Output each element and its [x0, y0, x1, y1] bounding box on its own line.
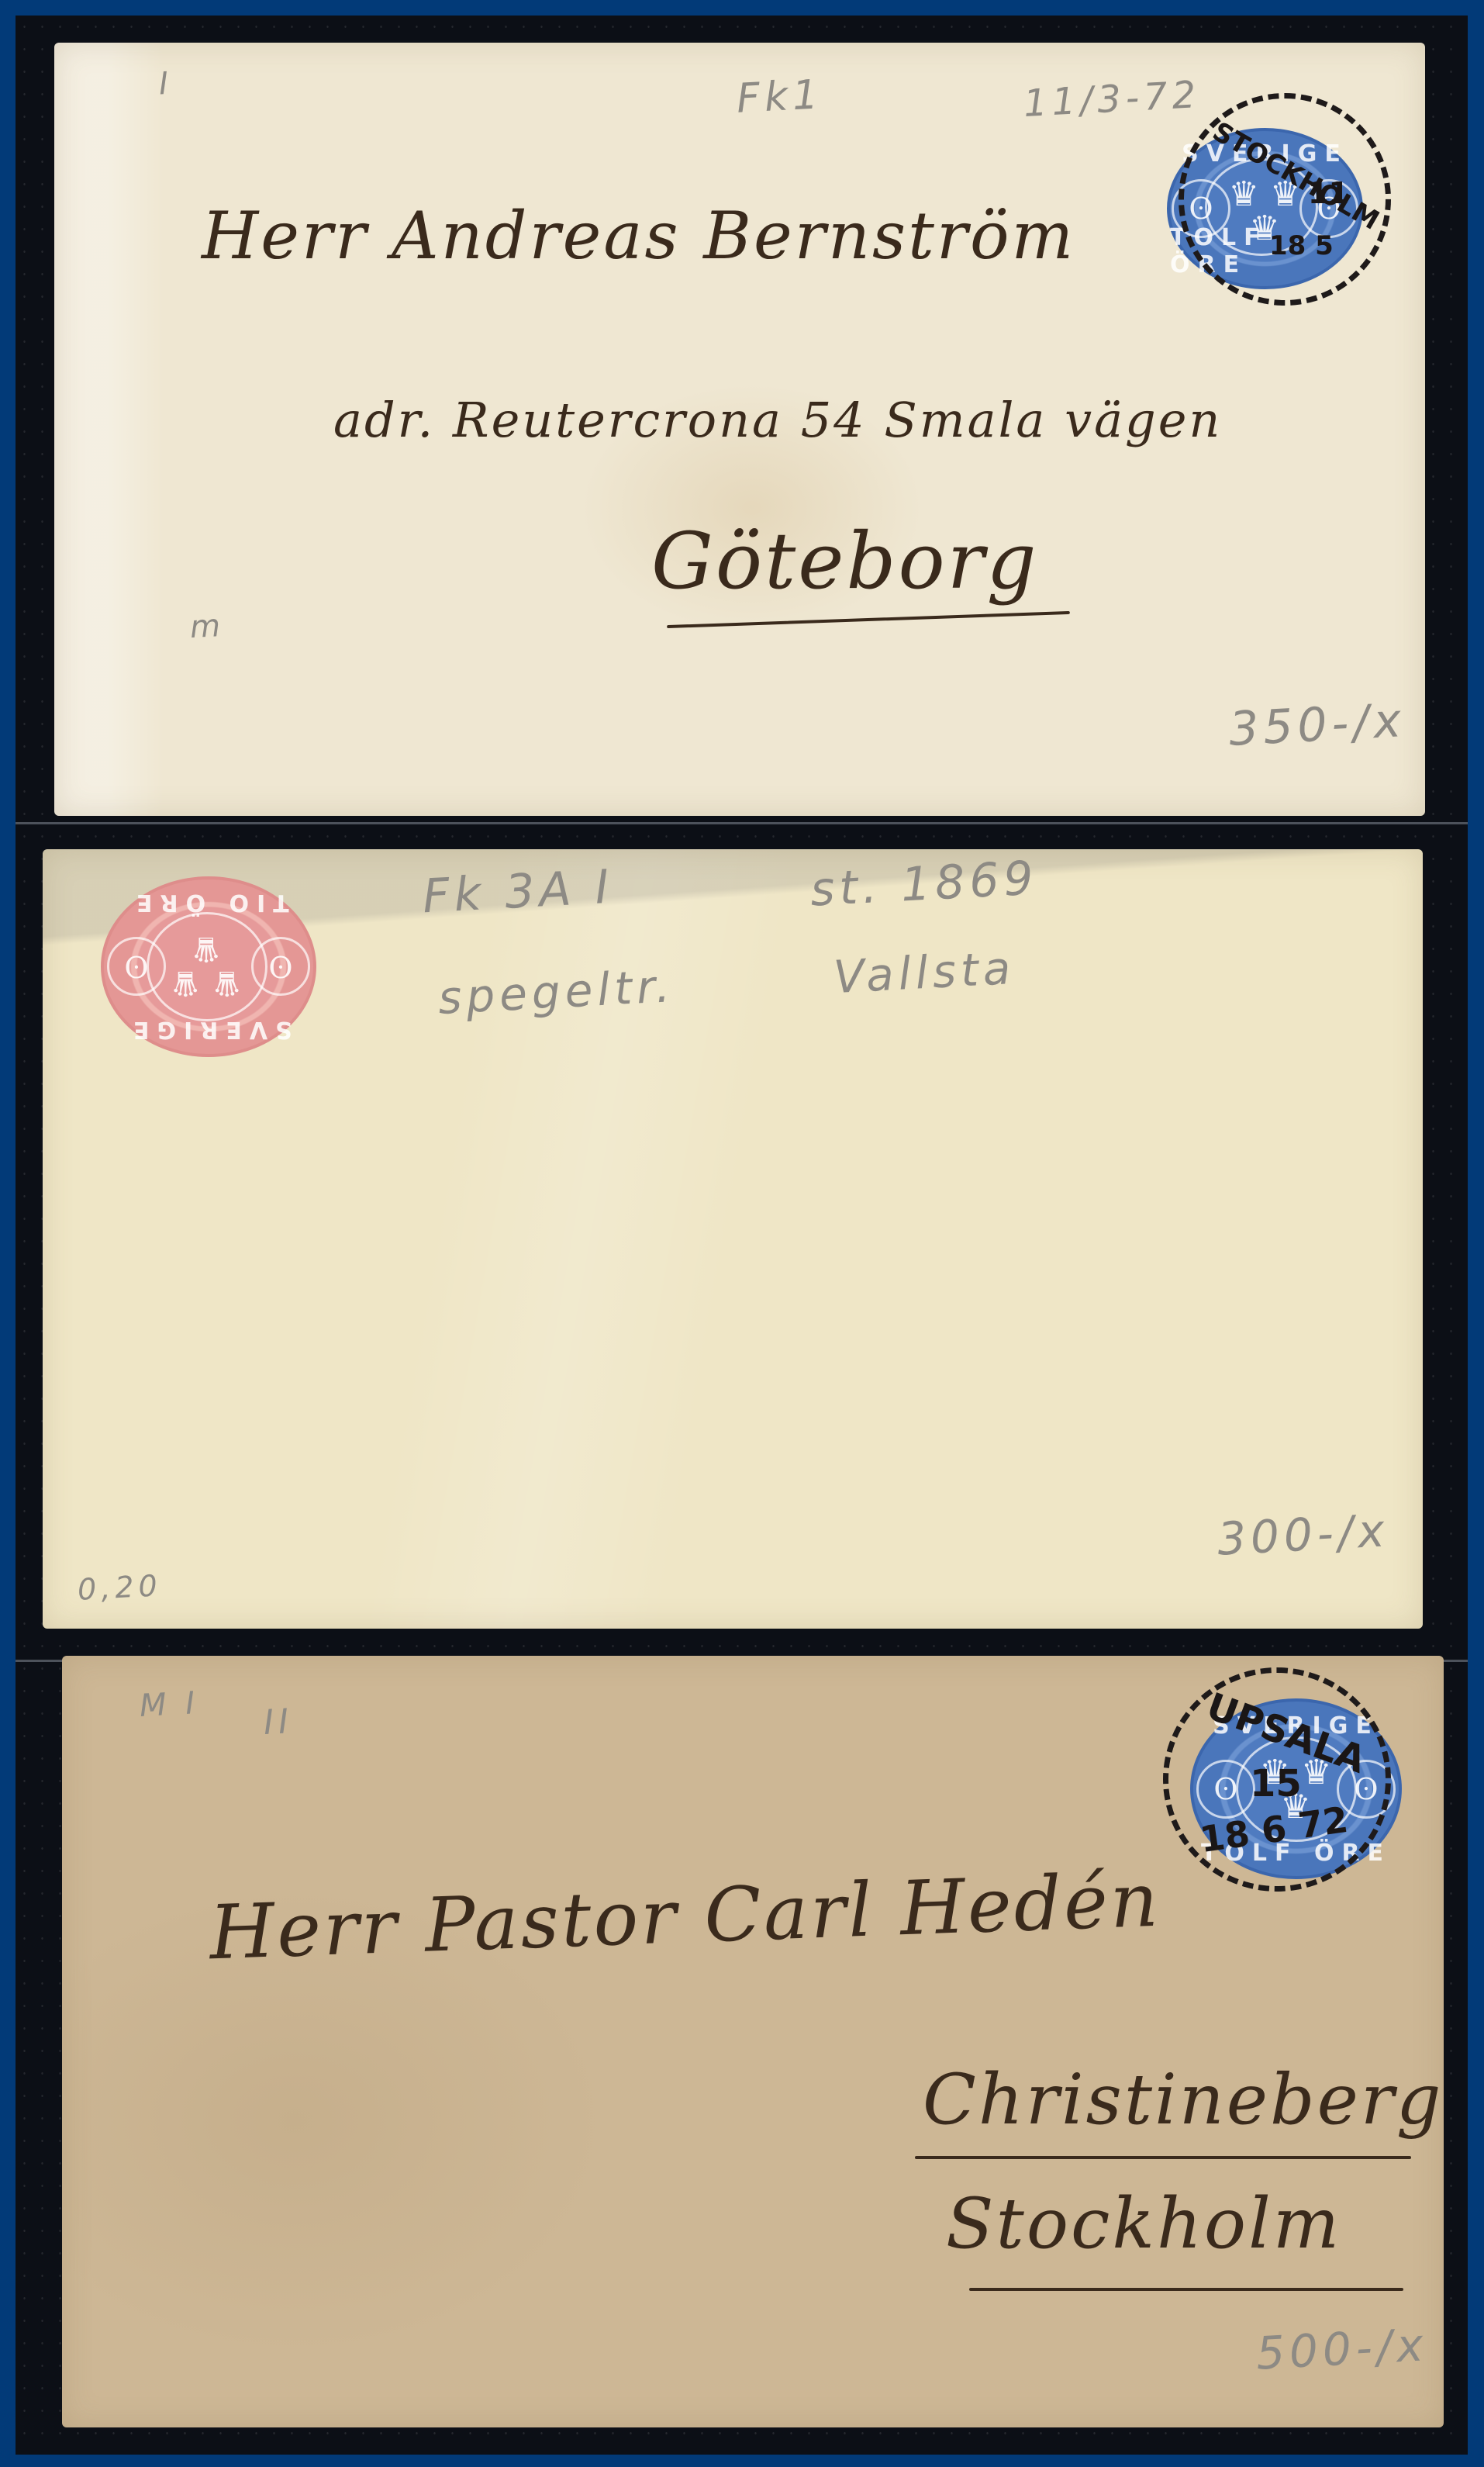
postmark-town: STOCKHOLM: [1207, 116, 1384, 237]
stamp-10-ore-red-mirrored: SVERIGE TIO ÖRE ♛ ♛ ♛ ʘ ʘ: [101, 876, 316, 1057]
address-line-3: Stockholm: [946, 2183, 1341, 2265]
address-underline: [969, 2288, 1403, 2291]
pencil-note-roman: II: [263, 1702, 295, 1743]
postmark-day: 15: [1250, 1762, 1302, 1805]
pencil-note-catalog: Fk1: [736, 71, 824, 123]
pencil-note-place: Vallsta: [832, 942, 1016, 1004]
pencil-note-side: m: [189, 608, 226, 645]
postmark-upsala: UPSALA 15 18 6 72: [1163, 1667, 1391, 1892]
postmark-stockholm: STOCKHOLM 11 18 5: [1179, 93, 1391, 306]
address-line-1: Herr Andreas Bernström: [202, 198, 1075, 274]
pencil-note-date: st. 1869: [809, 851, 1039, 917]
envelope-2: SVERIGE TIO ÖRE ♛ ♛ ♛ ʘ ʘ Fk 3A I st. 18…: [43, 849, 1423, 1629]
pencil-note-date: 11/3-72: [1023, 73, 1202, 126]
pencil-note-catalog: Fk 3A I: [421, 860, 615, 924]
stamp-country: SVERIGE: [126, 1016, 292, 1043]
address-underline: [667, 611, 1070, 628]
three-crowns-icon: ♛ ♛ ♛: [160, 931, 253, 1000]
pencil-price: 350-/x: [1227, 693, 1406, 757]
address-line-3: Göteborg: [651, 516, 1039, 606]
address-line-1: Herr Pastor Carl Hedén: [208, 1857, 1161, 1977]
posthorn-icon: ʘ: [251, 937, 310, 996]
pencil-price: 500-/x: [1254, 2318, 1429, 2379]
stamp-value: TIO ÖRE: [129, 889, 289, 916]
pencil-price: 300-/x: [1216, 1504, 1390, 1565]
postmark-year: 18 5: [1269, 230, 1334, 261]
envelope-1: I Fk1 11/3-72 m 350-/x SVERIGE TOLF ÖRE …: [54, 43, 1425, 816]
envelope-3: M I II 500-/x SVERIGE TOLF ÖRE ♛ ♛ ♛ ʘ ʘ…: [62, 1656, 1444, 2427]
postmark-date: 18 6 72: [1197, 1798, 1351, 1861]
address-underline: [915, 2156, 1411, 2159]
pencil-note-mirror: spegeltr.: [437, 959, 675, 1024]
pencil-note-bottom-left: 0,20: [77, 1568, 163, 1607]
posthorn-icon: ʘ: [107, 937, 166, 996]
address-line-2: Christineberg: [923, 2059, 1444, 2140]
pencil-note-top-left: M I: [139, 1685, 200, 1724]
address-line-2: adr. Reutercrona 54 Smala vägen: [333, 392, 1222, 448]
pencil-note-top-left: I: [158, 66, 174, 102]
postmark-day: 11: [1308, 176, 1349, 210]
sleeve-edge: [16, 822, 1468, 824]
